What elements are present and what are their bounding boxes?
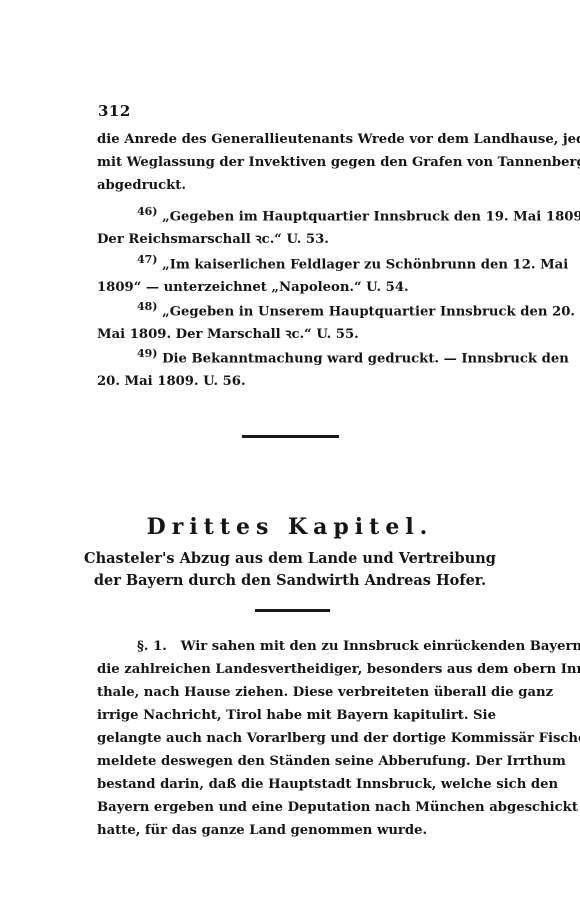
chapter-subtitle-line: Chasteler's Abzug aus dem Lande und Vert… [0,550,580,567]
footnote-47: 47) „Im kaiserlichen Feldlager zu Schönb… [97,248,485,299]
footnote-48: 48) „Gegeben in Unserem Hauptquartier In… [97,295,485,346]
text-line: die Anrede des Generallieutenants Wrede … [97,128,485,151]
chapter-title: Drittes Kapitel. [0,514,580,540]
text-line: irrige Nachricht, Tirol habe mit Bayern … [97,704,485,727]
text-line: abgedruckt. [97,174,485,197]
text-line: die zahlreichen Landesvertheidiger, beso… [97,658,485,681]
text-line: Bayern ergeben und eine Deputation nach … [97,796,485,819]
text-line: „Im kaiserlichen Feldlager zu Schönbrunn… [162,257,568,272]
text-line: meldete deswegen den Ständen seine Abber… [97,750,485,773]
footnote-number: 47) [137,253,158,266]
section-marker: §. 1. [137,639,167,654]
text-line: Die Bekanntmachung ward gedruckt. — Inns… [162,351,569,366]
footnote-number: 48) [137,300,158,313]
footnote-46: 46) „Gegeben im Hauptquartier Innsbruck … [97,200,485,251]
chapter-subtitle-line: der Bayern durch den Sandwirth Andreas H… [0,572,580,589]
footnote-number: 49) [137,347,158,360]
footnote-49: 49) Die Bekanntmachung ward gedruckt. — … [97,342,485,393]
section-divider-rule [242,435,339,438]
text-line: bestand darin, daß die Hauptstadt Innsbr… [97,773,485,796]
text-line: Wir sahen mit den zu Innsbruck einrücken… [181,639,580,654]
book-page: 312 die Anrede des Generallieutenants Wr… [0,0,580,922]
text-line: „Gegeben in Unserem Hauptquartier Innsbr… [162,304,575,319]
chapter-divider-rule [255,609,330,612]
text-line: 20. Mai 1809. U. 56. [97,370,485,393]
text-line: „Gegeben im Hauptquartier Innsbruck den … [162,209,580,224]
footnote-number: 46) [137,205,158,218]
body-paragraph: §. 1. Wir sahen mit den zu Innsbruck ein… [97,635,485,842]
footnote-continuation: die Anrede des Generallieutenants Wrede … [97,128,485,197]
text-line: hatte, für das ganze Land genommen wurde… [97,819,485,842]
text-line: mit Weglassung der Invektiven gegen den … [97,151,485,174]
text-line: gelangte auch nach Vorarlberg und der do… [97,727,485,750]
page-number: 312 [98,102,131,120]
text-line: thale, nach Hause ziehen. Diese verbreit… [97,681,485,704]
